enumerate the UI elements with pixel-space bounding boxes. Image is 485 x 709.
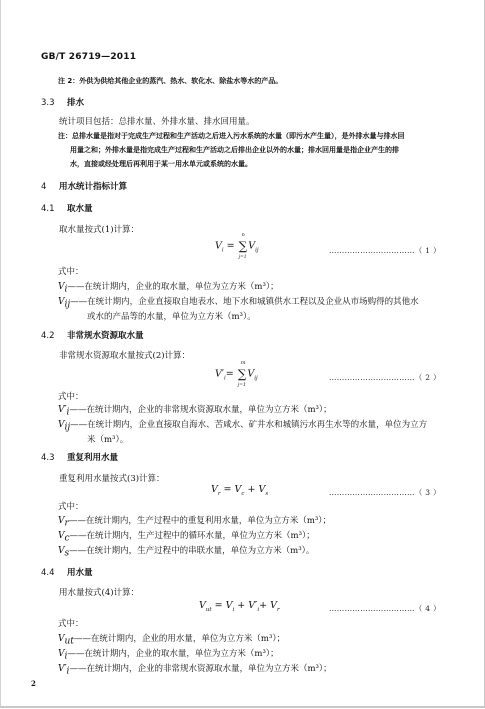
section-3-3-note-line-1: 注：总排水量是指对于完成生产过程和生产活动之后进入污水系统的水量（即污水产生量）… <box>58 131 405 141</box>
definition-vc: Vc——在统计期内，生产过程中的循环水量，单位为立方米（m³）； <box>58 529 315 544</box>
section-4-1-heading: 4.1取水量 <box>41 202 93 214</box>
equation-number-3: ……………………………（ 3 ） <box>329 487 441 498</box>
section-4-3-intro: 重复利用水量按式(3)计算： <box>59 472 165 484</box>
definition-vi-2: Vi——在统计期内，企业的取水量，单位为立方米（m³）； <box>58 647 279 662</box>
section-3-3-body: 统计项目包括：总排水量、外排水量、排水回用量。 <box>59 115 255 127</box>
document-page: GB/T 26719—2011 注 2：外供为供给其他企业的蒸汽、热水、软化水、… <box>0 0 485 708</box>
definition-vi-prime: V′i——在统计期内，企业的非常规水资源取水量，单位为立方米（m³）； <box>58 403 332 418</box>
note-2: 注 2：外供为供给其他企业的蒸汽、热水、软化水、除盐水等水的产品。 <box>58 76 282 86</box>
definition-vi-prime-2: V′i——在统计期内，企业的非常规水资源取水量，单位为立方米（m³）； <box>58 662 332 677</box>
formula-3: Vr = Vc + Vs <box>211 484 268 497</box>
section-4-4-where: 式中： <box>58 617 84 629</box>
equation-number-2: ……………………………（ 2 ） <box>329 372 441 383</box>
section-4-1-intro: 取水量按式(1)计算： <box>59 223 139 235</box>
section-4-2-where: 式中： <box>58 390 84 402</box>
section-4-4-heading: 4.4用水量 <box>41 566 93 578</box>
definition-vs: Vs——在统计期内，生产过程中的串联水量，单位为立方米（m³）。 <box>58 544 314 559</box>
formula-1: Vi = ∑nj=1Vij <box>215 239 259 253</box>
equation-number-1: ……………………………（ 1 ） <box>329 245 441 256</box>
section-4-2-heading: 4.2非常规水资源取水量 <box>41 329 144 341</box>
section-3-3-note-line-3: 水，直接或经处理后再利用于某一用水单元或系统的水量。 <box>70 159 252 169</box>
definition-vi: Vi——在统计期内，企业的取水量，单位为立方米（m³）； <box>58 280 279 295</box>
page-number: 2 <box>31 679 36 688</box>
definition-vut: Vut——在统计期内，企业的用水量，单位为立方米（m³）； <box>58 632 285 647</box>
section-4-1-where: 式中： <box>58 265 84 277</box>
standard-code-header: GB/T 26719—2011 <box>41 52 136 62</box>
section-4-2-intro: 非常规水资源取水量按式(2)计算： <box>59 349 190 361</box>
equation-number-4: ……………………………（ 4 ） <box>329 603 441 614</box>
section-4-3-where: 式中： <box>58 500 84 512</box>
section-4-3-heading: 4.3重复利用水量 <box>41 451 118 463</box>
formula-4: Vut = Vi + V′i+ Vr <box>199 600 280 613</box>
section-4-heading: 4用水统计指标计算 <box>41 180 127 192</box>
section-4-4-intro: 用水量按式(4)计算： <box>59 586 139 598</box>
definition-vij: Vij——在统计期内，企业直接取自地表水、地下水和城镇供水工程以及企业从市场购得… <box>58 295 419 310</box>
section-3-3-note-line-2: 用量之和；外排水量是指完成生产过程和生产活动之后排出企业以外的水量；排水回用量是… <box>70 145 399 155</box>
definition-vij-nonconventional-cont: 米（m³）。 <box>87 433 128 445</box>
formula-2: V′i= ∑mj=1Vij <box>215 367 258 381</box>
definition-vij-cont: 或水的产品等的水量，单位为立方米（m³）。 <box>87 310 256 322</box>
definition-vr: Vr——在统计期内，生产过程中的重复利用水量，单位为立方米（m³）； <box>58 514 331 529</box>
definition-vij-nonconventional: Vij——在统计期内，企业直接取自海水、苦咸水、矿井水和城镇污水再生水等的水量，… <box>58 418 427 433</box>
section-3-3-heading: 3.3排水 <box>41 96 84 108</box>
